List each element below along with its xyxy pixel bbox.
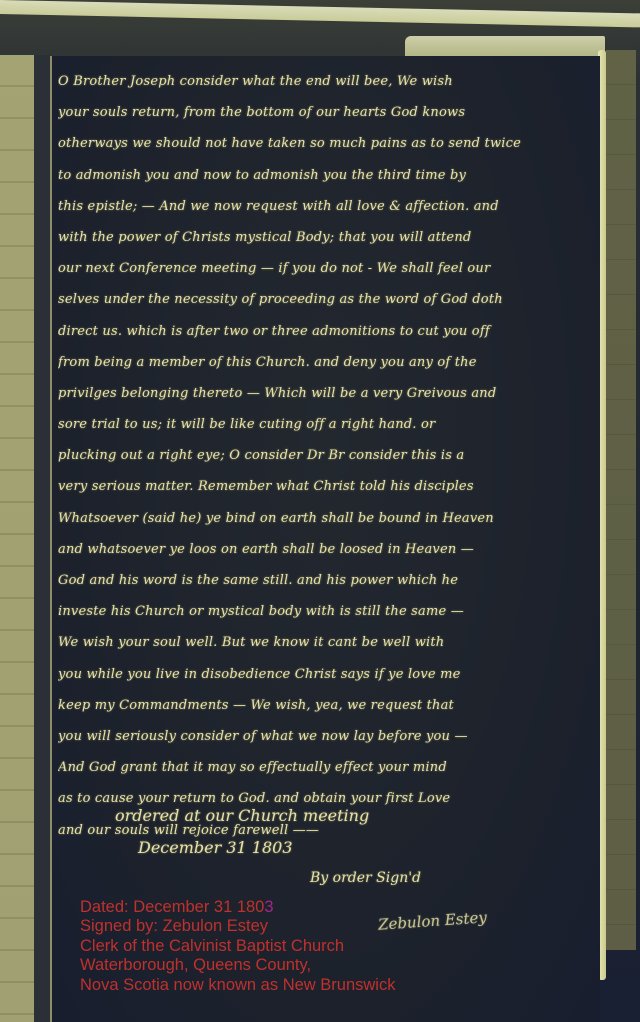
letter-line: investe his Church or mystical body with… xyxy=(58,596,598,627)
left-adjacent-page xyxy=(0,55,34,1022)
left-shadow xyxy=(34,55,50,1022)
letter-line: and whatsoever ye loos on earth shall be… xyxy=(58,534,598,565)
top-paper-tab xyxy=(405,36,605,58)
caption-signed-by: Signed by: Zebulon Estey xyxy=(80,917,395,936)
right-adjacent-page xyxy=(606,50,636,950)
letter-line: you while you live in disobedience Chris… xyxy=(58,659,598,690)
letter-body: O Brother Joseph consider what the end w… xyxy=(58,66,598,846)
letter-line: you will seriously consider of what we n… xyxy=(58,721,598,752)
handwritten-date: December 31 1803 xyxy=(138,838,293,857)
letter-line: direct us. which is after two or three a… xyxy=(58,316,598,347)
letter-line: with the power of Christs mystical Body;… xyxy=(58,222,598,253)
annotation-caption: Dated: December 31 1803 Signed by: Zebul… xyxy=(80,898,395,995)
letter-line: otherways we should not have taken so mu… xyxy=(58,128,598,159)
letter-line: plucking out a right eye; O consider Dr … xyxy=(58,440,598,471)
letter-line: this epistle; — And we now request with … xyxy=(58,191,598,222)
caption-dated: Dated: December 31 1803 xyxy=(80,898,395,917)
caption-year-digit: 3 xyxy=(264,898,273,916)
letter-line: We wish your soul well. But we know it c… xyxy=(58,627,598,658)
caption-location: Waterborough, Queens County, xyxy=(80,956,395,975)
ordered-at-meeting: ordered at our Church meeting xyxy=(115,806,369,825)
letter-line: from being a member of this Church. and … xyxy=(58,347,598,378)
letter-line: keep my Commandments — We wish, yea, we … xyxy=(58,690,598,721)
letter-line: God and his word is the same still. and … xyxy=(58,565,598,596)
letter-line: sore trial to us; it will be like cuting… xyxy=(58,409,598,440)
caption-clerk: Clerk of the Calvinist Baptist Church xyxy=(80,937,395,956)
letter-line: very serious matter. Remember what Chris… xyxy=(58,471,598,502)
letter-line: O Brother Joseph consider what the end w… xyxy=(58,66,598,97)
letter-line: privilges belonging thereto — Which will… xyxy=(58,378,598,409)
letter-line: to admonish you and now to admonish you … xyxy=(58,160,598,191)
letter-line: Whatsoever (said he) ye bind on earth sh… xyxy=(58,503,598,534)
letter-line: selves under the necessity of proceeding… xyxy=(58,284,598,315)
letter-line: our next Conference meeting — if you do … xyxy=(58,253,598,284)
caption-province: Nova Scotia now known as New Brunswick xyxy=(80,976,395,995)
by-order-signed: By order Sign'd xyxy=(310,870,421,886)
letter-line: your souls return, from the bottom of ou… xyxy=(58,97,598,128)
letter-line: And God grant that it may so effectually… xyxy=(58,752,598,783)
